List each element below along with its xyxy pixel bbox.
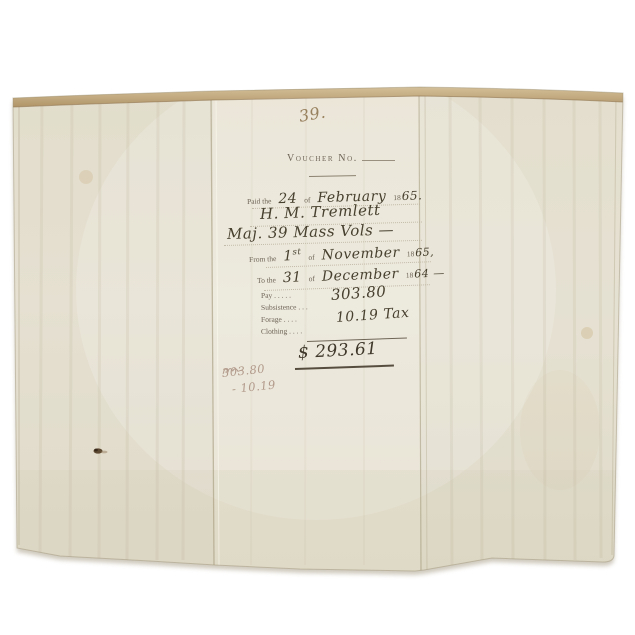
from-year-printed: 18 bbox=[407, 249, 415, 258]
total-underline bbox=[295, 365, 394, 370]
rank-unit-line: Maj. 39 Mass Vols — bbox=[227, 221, 394, 243]
from-prefix: From the bbox=[249, 254, 277, 264]
to-day: 31 bbox=[283, 269, 302, 286]
to-month: December bbox=[322, 266, 399, 285]
payee-signature: H. M. Tremlett bbox=[260, 201, 381, 223]
voucher-heading: Voucher No. bbox=[287, 148, 395, 166]
voucher-no-blank bbox=[362, 160, 395, 161]
to-of: of bbox=[309, 274, 316, 283]
heading-rule bbox=[309, 175, 356, 177]
forage-value: 10.19 Tax bbox=[335, 305, 409, 326]
to-year-written: 64 — bbox=[414, 266, 445, 280]
from-of: of bbox=[308, 252, 315, 261]
paid-year-written: 65. bbox=[402, 188, 423, 203]
pencil-note-line-2: - 10.19 bbox=[231, 377, 276, 396]
from-month: November bbox=[321, 244, 400, 263]
from-day: 1st bbox=[283, 246, 302, 264]
page-number-annotation: 39. bbox=[297, 102, 327, 125]
paid-year-printed: 18 bbox=[393, 193, 401, 202]
document-text-layer: 39. Voucher No. Paid the 24 of February … bbox=[0, 0, 635, 635]
subsistence-label: Subsistence . . . bbox=[261, 302, 308, 312]
pay-value: 303.80 bbox=[330, 282, 387, 304]
from-day-suffix: st bbox=[292, 246, 301, 256]
pencil-note-line-1: 303.80 bbox=[221, 362, 265, 380]
clothing-label: Clothing . . . . bbox=[261, 326, 302, 336]
to-year-printed: 18 bbox=[406, 271, 414, 280]
from-year-written: 65, bbox=[415, 245, 434, 259]
to-prefix: To the bbox=[257, 275, 276, 285]
pay-label: Pay . . . . . bbox=[261, 290, 291, 300]
voucher-no-label: Voucher No. bbox=[287, 153, 358, 164]
total-amount: $ 293.61 bbox=[297, 339, 378, 363]
photo-of-voucher-document: 39. Voucher No. Paid the 24 of February … bbox=[0, 0, 635, 635]
forage-label: Forage . . . . bbox=[261, 314, 297, 324]
